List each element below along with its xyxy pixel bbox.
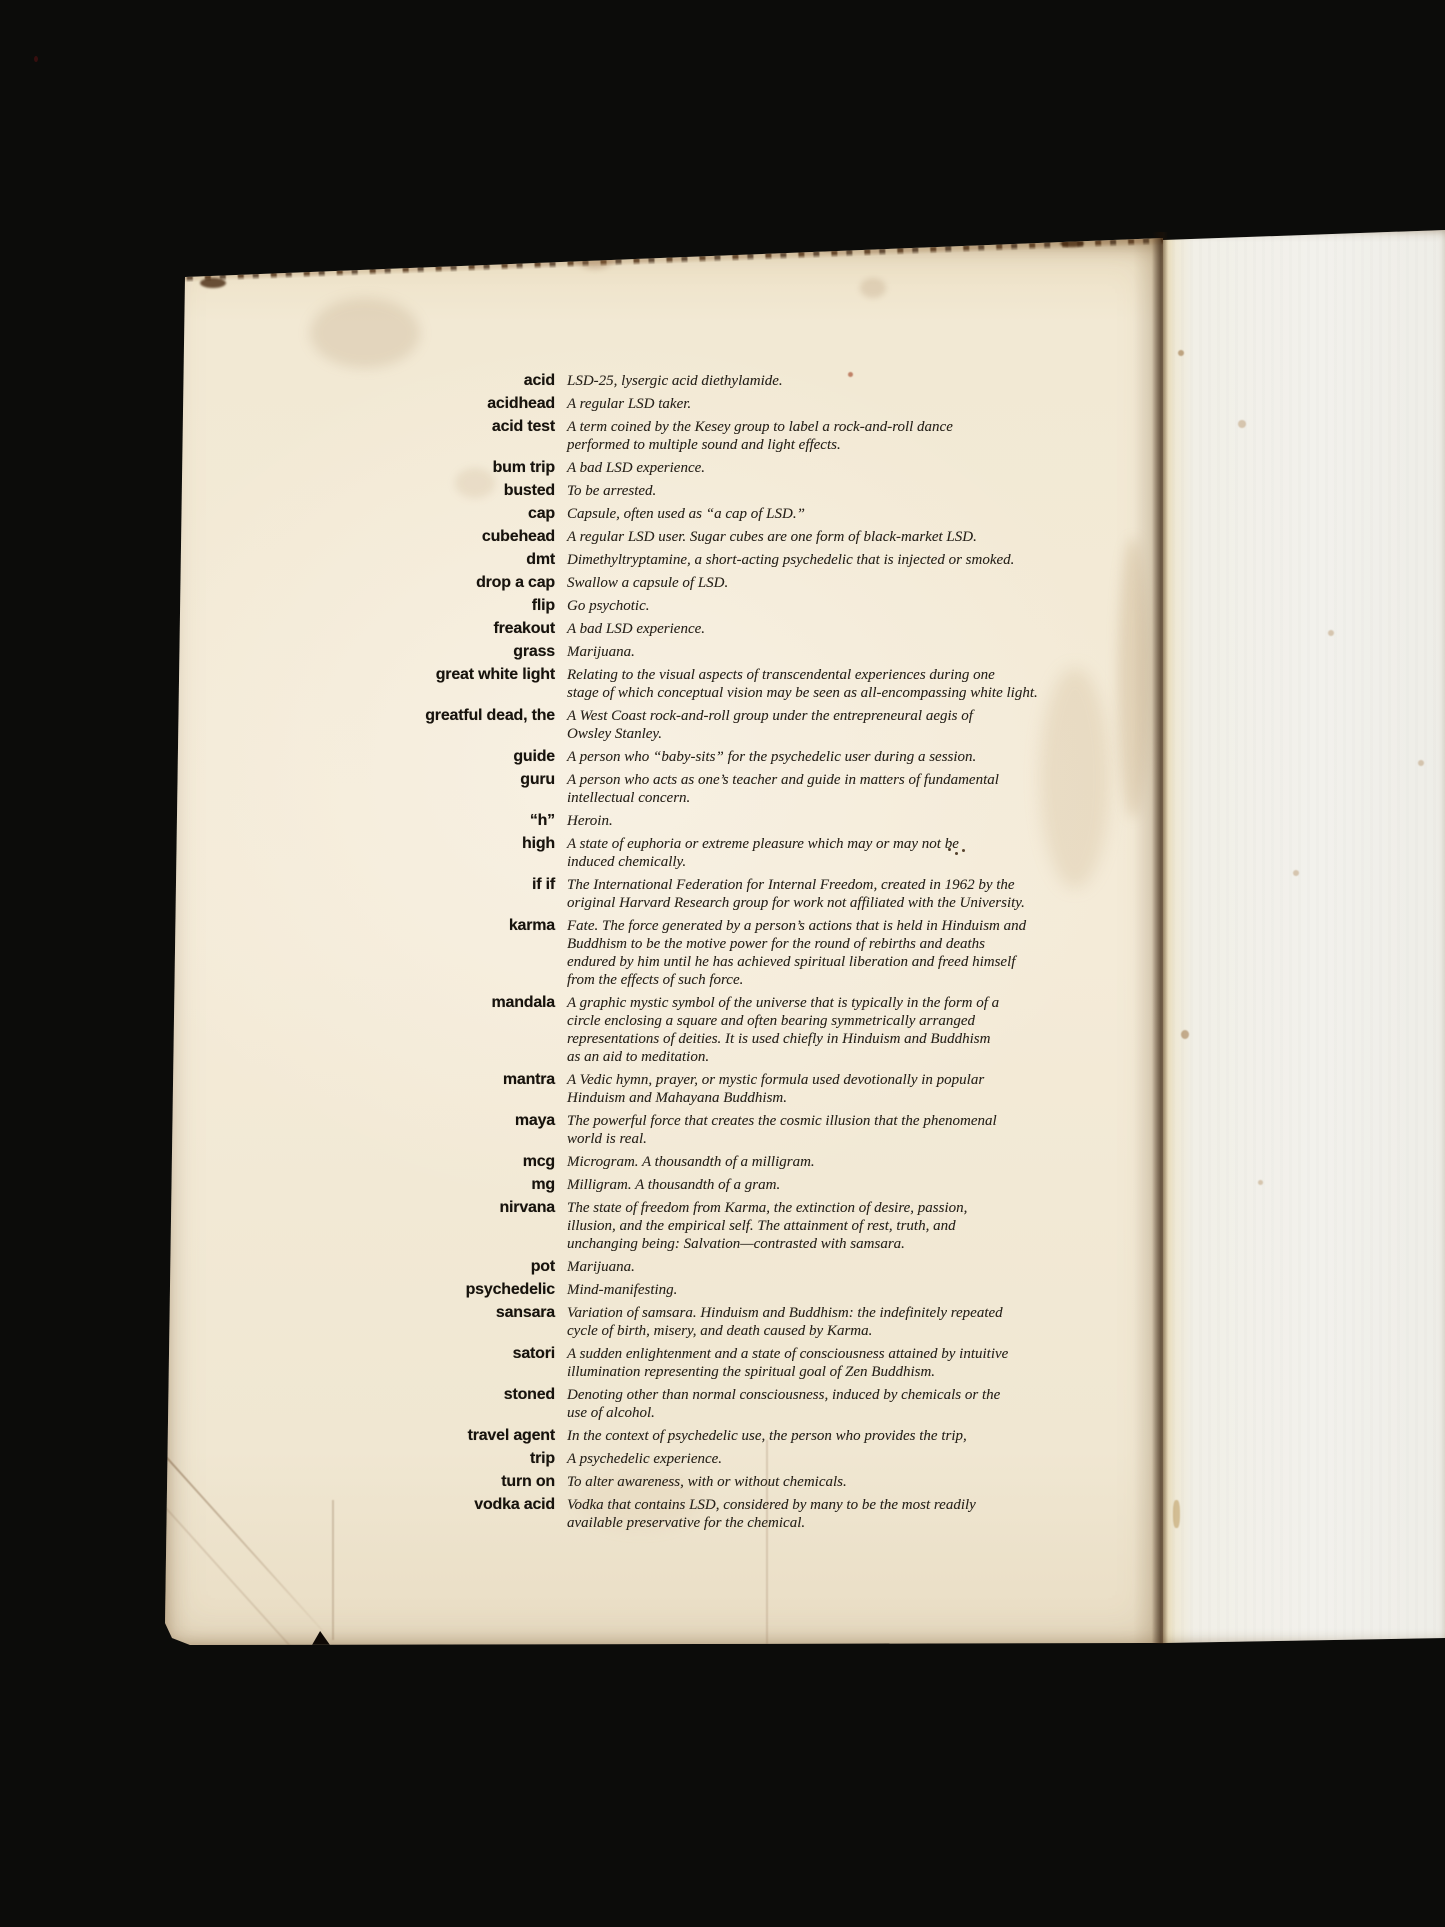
glossary-entry: mantra A Vedic hymn, prayer, or mystic f… (255, 1071, 1120, 1107)
glossary-entry: if if The International Federation for I… (255, 876, 1120, 912)
glossary-definition: Marijuana. (567, 643, 1115, 661)
glossary-entry: maya The powerful force that creates the… (255, 1112, 1120, 1148)
glossary-definition: A regular LSD taker. (567, 395, 1115, 413)
glossary-entry: stoned Denoting other than normal consci… (255, 1386, 1120, 1422)
glossary-term: acid (255, 372, 555, 390)
glossary-term: psychedelic (255, 1281, 555, 1299)
burn-blob (620, 251, 640, 257)
glossary-entry: turn on To alter awareness, with or with… (255, 1473, 1120, 1491)
glossary-entry: vodka acid Vodka that contains LSD, cons… (255, 1496, 1120, 1532)
glossary-definition: A Vedic hymn, prayer, or mystic formula … (567, 1071, 1115, 1107)
glossary-definition: Dimethyltryptamine, a short-acting psych… (567, 551, 1115, 569)
glossary-entry: guide A person who “baby-sits” for the p… (255, 748, 1120, 766)
glossary-entry: drop a cap Swallow a capsule of LSD. (255, 574, 1120, 592)
glossary-entry: dmt Dimethyltryptamine, a short-acting p… (255, 551, 1120, 569)
left-page: acid LSD-25, lysergic acid diethylamide.… (160, 238, 1163, 1646)
glossary-entry: travel agent In the context of psychedel… (255, 1427, 1120, 1445)
glossary-term: dmt (255, 551, 555, 569)
glossary-definition: A state of euphoria or extreme pleasure … (567, 835, 1115, 871)
glossary-definition: A person who acts as one’s teacher and g… (567, 771, 1115, 807)
burn-blob (1060, 240, 1084, 247)
glossary-entry: satori A sudden enlightenment and a stat… (255, 1345, 1120, 1381)
foxing-spot (1173, 1500, 1180, 1528)
glossary-entry: karma Fate. The force generated by a per… (255, 917, 1120, 989)
glossary-definition: LSD-25, lysergic acid diethylamide. (567, 372, 1115, 390)
fold-crease (766, 1440, 768, 1645)
glossary-term: vodka acid (255, 1496, 555, 1532)
glossary-entry: great white light Relating to the visual… (255, 666, 1120, 702)
glossary-term: pot (255, 1258, 555, 1276)
glossary-definition: Milligram. A thousandth of a gram. (567, 1176, 1115, 1194)
glossary-list: acid LSD-25, lysergic acid diethylamide.… (255, 372, 1120, 1537)
glossary-definition: A graphic mystic symbol of the universe … (567, 994, 1115, 1066)
glossary-entry: guru A person who acts as one’s teacher … (255, 771, 1120, 807)
glossary-definition: Relating to the visual aspects of transc… (567, 666, 1115, 702)
glossary-definition: In the context of psychedelic use, the p… (567, 1427, 1115, 1445)
glossary-definition: Go psychotic. (567, 597, 1115, 615)
glossary-entry: greatful dead, the A West Coast rock-and… (255, 707, 1120, 743)
foxing-spot (1328, 630, 1334, 636)
glossary-definition: A term coined by the Kesey group to labe… (567, 418, 1115, 454)
glossary-term: if if (255, 876, 555, 912)
burn-blob (200, 278, 226, 288)
glossary-definition: A person who “baby-sits” for the psyched… (567, 748, 1115, 766)
glossary-term: “h” (255, 812, 555, 830)
glossary-term: satori (255, 1345, 555, 1381)
glossary-definition: Microgram. A thousandth of a milligram. (567, 1153, 1115, 1171)
glossary-definition: Heroin. (567, 812, 1115, 830)
scanned-book-photo: acid LSD-25, lysergic acid diethylamide.… (0, 0, 1445, 1927)
stain (310, 298, 420, 368)
glossary-term: stoned (255, 1386, 555, 1422)
glossary-entry: “h” Heroin. (255, 812, 1120, 830)
foxing-spot (1178, 350, 1184, 356)
glossary-definition: Mind-manifesting. (567, 1281, 1115, 1299)
book-gutter (1152, 232, 1168, 1644)
glossary-definition: The powerful force that creates the cosm… (567, 1112, 1115, 1148)
glossary-definition: The state of freedom from Karma, the ext… (567, 1199, 1115, 1253)
glossary-entry: psychedelic Mind-manifesting. (255, 1281, 1120, 1299)
glossary-term: turn on (255, 1473, 555, 1491)
top-edge-burn (172, 238, 1164, 283)
glossary-entry: cubehead A regular LSD user. Sugar cubes… (255, 528, 1120, 546)
glossary-definition: To be arrested. (567, 482, 1115, 500)
red-dust-speck (34, 56, 38, 62)
glossary-term: flip (255, 597, 555, 615)
glossary-definition: Fate. The force generated by a person’s … (567, 917, 1115, 989)
glossary-term: guru (255, 771, 555, 807)
glossary-term: mg (255, 1176, 555, 1194)
foxing-spot (1293, 870, 1299, 876)
glossary-entry: pot Marijuana. (255, 1258, 1120, 1276)
glossary-definition: Vodka that contains LSD, considered by m… (567, 1496, 1115, 1532)
glossary-term: mantra (255, 1071, 555, 1107)
glossary-definition: To alter awareness, with or without chem… (567, 1473, 1115, 1491)
glossary-entry: flip Go psychotic. (255, 597, 1120, 615)
glossary-definition: Marijuana. (567, 1258, 1115, 1276)
glossary-term: nirvana (255, 1199, 555, 1253)
glossary-entry: high A state of euphoria or extreme plea… (255, 835, 1120, 871)
glossary-entry: acidhead A regular LSD taker. (255, 395, 1120, 413)
glossary-entry: busted To be arrested. (255, 482, 1120, 500)
glossary-entry: sansara Variation of samsara. Hinduism a… (255, 1304, 1120, 1340)
glossary-definition: The International Federation for Interna… (567, 876, 1115, 912)
left-edge-burn (160, 290, 183, 1440)
glossary-term: karma (255, 917, 555, 989)
glossary-definition: Denoting other than normal consciousness… (567, 1386, 1115, 1422)
foxing-spot (1181, 1030, 1189, 1039)
glossary-definition: A West Coast rock-and-roll group under t… (567, 707, 1115, 743)
glossary-entry: cap Capsule, often used as “a cap of LSD… (255, 505, 1120, 523)
glossary-term: trip (255, 1450, 555, 1468)
glossary-entry: acid test A term coined by the Kesey gro… (255, 418, 1120, 454)
glossary-definition: A sudden enlightenment and a state of co… (567, 1345, 1115, 1381)
glossary-term: high (255, 835, 555, 871)
burn-blob (820, 246, 836, 251)
glossary-term: travel agent (255, 1427, 555, 1445)
right-page (1163, 230, 1445, 1644)
fold-crease (332, 1500, 334, 1640)
glossary-term: cap (255, 505, 555, 523)
glossary-definition: A regular LSD user. Sugar cubes are one … (567, 528, 1115, 546)
glossary-term: sansara (255, 1304, 555, 1340)
glossary-term: busted (255, 482, 555, 500)
burn-blob (430, 260, 444, 266)
foxing-spot (1418, 760, 1424, 766)
glossary-term: acidhead (255, 395, 555, 413)
glossary-entry: trip A psychedelic experience. (255, 1450, 1120, 1468)
glossary-entry: bum trip A bad LSD experience. (255, 459, 1120, 477)
glossary-term: bum trip (255, 459, 555, 477)
glossary-entry: freakout A bad LSD experience. (255, 620, 1120, 638)
glossary-definition: Capsule, often used as “a cap of LSD.” (567, 505, 1115, 523)
foxing-spot (1238, 420, 1246, 428)
glossary-entry: mandala A graphic mystic symbol of the u… (255, 994, 1120, 1066)
glossary-definition: A bad LSD experience. (567, 459, 1115, 477)
glossary-term: greatful dead, the (255, 707, 555, 743)
glossary-term: freakout (255, 620, 555, 638)
foxing-spot (1258, 1180, 1263, 1185)
glossary-term: mcg (255, 1153, 555, 1171)
glossary-definition: A bad LSD experience. (567, 620, 1115, 638)
glossary-term: cubehead (255, 528, 555, 546)
glossary-term: mandala (255, 994, 555, 1066)
glossary-entry: mcg Microgram. A thousandth of a milligr… (255, 1153, 1120, 1171)
glossary-entry: nirvana The state of freedom from Karma,… (255, 1199, 1120, 1253)
glossary-entry: acid LSD-25, lysergic acid diethylamide. (255, 372, 1120, 390)
glossary-entry: mg Milligram. A thousandth of a gram. (255, 1176, 1120, 1194)
stain (575, 243, 615, 269)
glossary-term: maya (255, 1112, 555, 1148)
stain (860, 278, 886, 298)
glossary-entry: grass Marijuana. (255, 643, 1120, 661)
glossary-term: guide (255, 748, 555, 766)
glossary-term: drop a cap (255, 574, 555, 592)
glossary-definition: A psychedelic experience. (567, 1450, 1115, 1468)
glossary-term: grass (255, 643, 555, 661)
glossary-term: acid test (255, 418, 555, 454)
glossary-term: great white light (255, 666, 555, 702)
glossary-definition: Swallow a capsule of LSD. (567, 574, 1115, 592)
glossary-definition: Variation of samsara. Hinduism and Buddh… (567, 1304, 1115, 1340)
